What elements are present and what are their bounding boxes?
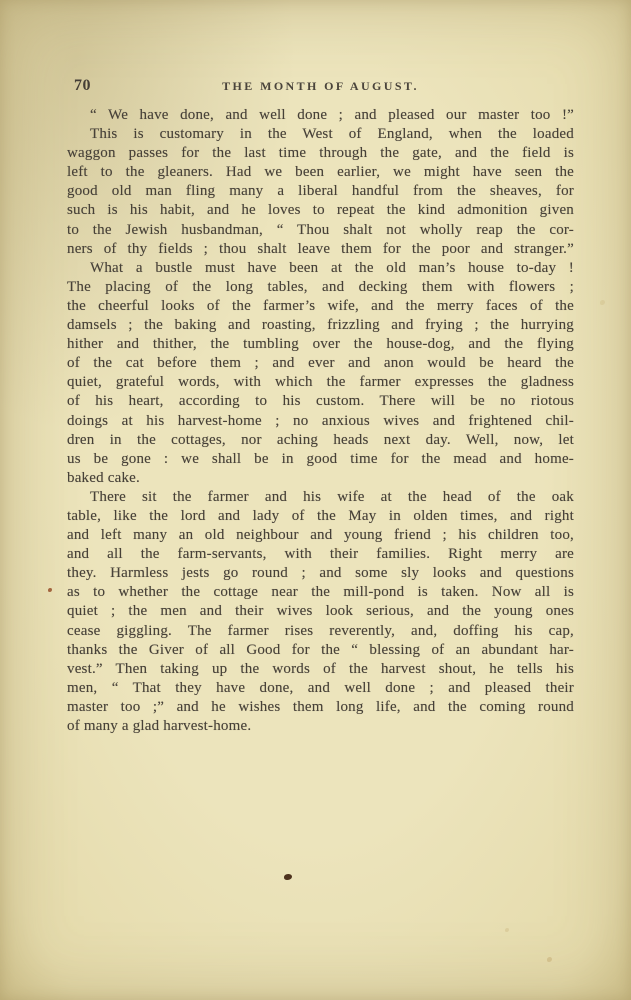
text-line: of many a glad harvest-home. <box>67 717 574 736</box>
page-body: “ We have done, and well done ; and plea… <box>67 106 574 736</box>
text-line: of his heart, according to his custom. T… <box>67 392 574 411</box>
text-line: such is his habit, and he loves to repea… <box>67 201 574 220</box>
text-line: doings at his harvest-home ; no anxious … <box>67 412 574 431</box>
text-line: vest.” Then taking up the words of the h… <box>67 660 574 679</box>
text-line: There sit the farmer and his wife at the… <box>67 488 574 507</box>
text-line: “ We have done, and well done ; and plea… <box>67 106 574 125</box>
text-line: quiet ; the men and their wives look ser… <box>67 602 574 621</box>
paragraph: “ We have done, and well done ; and plea… <box>67 106 574 125</box>
text-line: This is customary in the West of England… <box>67 125 574 144</box>
book-page-scan: 70 THE MONTH OF AUGUST. “ We have done, … <box>0 0 631 1000</box>
foxing-dot <box>600 300 605 305</box>
text-line: cease giggling. The farmer rises reveren… <box>67 622 574 641</box>
text-line: us be gone : we shall be in good time fo… <box>67 450 574 469</box>
paragraph: This is customary in the West of England… <box>67 125 574 259</box>
text-line: of the cat before them ; and ever and an… <box>67 354 574 373</box>
foxing-dot <box>505 928 509 932</box>
text-line: quiet, grateful words, with which the fa… <box>67 373 574 392</box>
text-line: to the Jewish husbandman, “ Thou shalt n… <box>67 221 574 240</box>
text-line: table, like the lord and lady of the May… <box>67 507 574 526</box>
ink-speck <box>284 874 292 880</box>
text-line: as to whether the cottage near the mill-… <box>67 583 574 602</box>
text-line: and left many an old neighbour and young… <box>67 526 574 545</box>
text-line: ners of thy fields ; thou shalt leave th… <box>67 240 574 259</box>
text-line: men, “ That they have done, and well don… <box>67 679 574 698</box>
running-title: THE MONTH OF AUGUST. <box>67 79 574 94</box>
text-line: thanks the Giver of all Good for the “ b… <box>67 641 574 660</box>
text-line: The placing of the long tables, and deck… <box>67 278 574 297</box>
foxing-dot <box>48 588 52 592</box>
text-line: waggon passes for the last time through … <box>67 144 574 163</box>
paragraph: There sit the farmer and his wife at the… <box>67 488 574 736</box>
foxing-dot <box>547 957 552 962</box>
text-line: master too ;” and he wishes them long li… <box>67 698 574 717</box>
text-line: the cheerful looks of the farmer’s wife,… <box>67 297 574 316</box>
text-line: dren in the cottages, nor aching heads n… <box>67 431 574 450</box>
text-line: and all the farm-servants, with their fa… <box>67 545 574 564</box>
text-line: left to the gleaners. Had we been earlie… <box>67 163 574 182</box>
page-header: 70 THE MONTH OF AUGUST. <box>67 77 574 95</box>
text-line: good old man fling many a liberal handfu… <box>67 182 574 201</box>
paragraph: What a bustle must have been at the old … <box>67 259 574 488</box>
text-line: they. Harmless jests go round ; and some… <box>67 564 574 583</box>
text-line: What a bustle must have been at the old … <box>67 259 574 278</box>
text-line: hither and thither, the tumbling over th… <box>67 335 574 354</box>
text-line: baked cake. <box>67 469 574 488</box>
text-line: damsels ; the baking and roasting, frizz… <box>67 316 574 335</box>
